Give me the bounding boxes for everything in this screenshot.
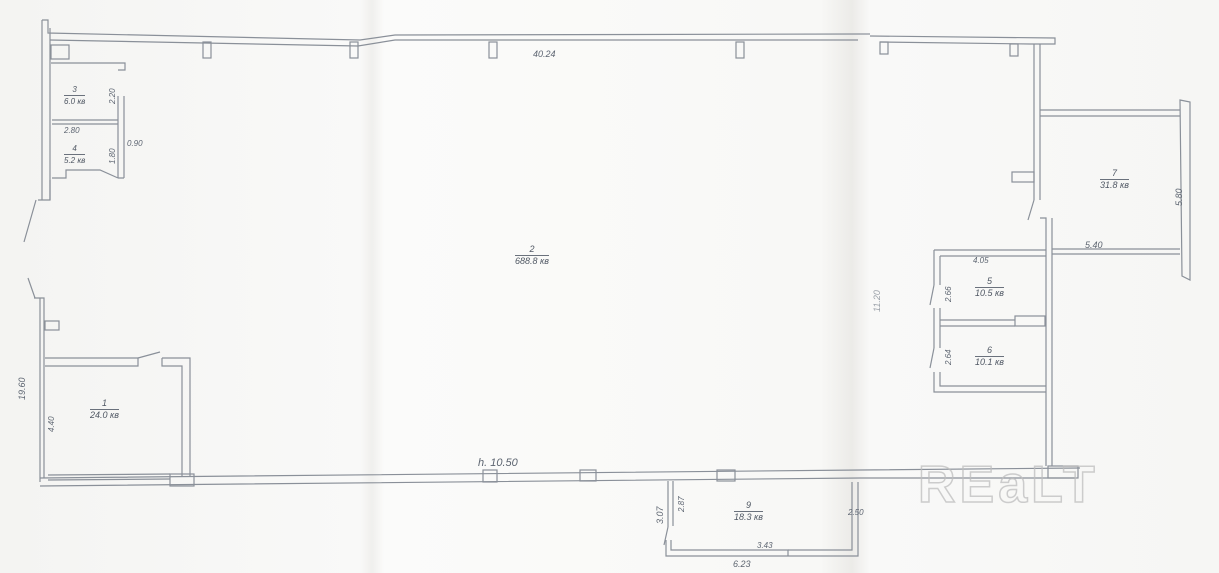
dimension-room4-door: 0.90 (127, 139, 143, 148)
room-9-label: 9 18.3 кв (734, 500, 763, 523)
dimension-room4-height: 1.80 (108, 148, 117, 164)
floor-plan-sheet: 40.24 h. 10.50 19.60 11.20 2.20 2.80 1.8… (0, 0, 1219, 573)
dimension-room5-width: 4.05 (973, 256, 989, 265)
dimension-room3-4-divider: 2.80 (64, 126, 80, 135)
dimension-room9-window: 3.43 (757, 541, 773, 550)
room-number: 3 (64, 84, 85, 96)
dimension-bottom-wall: h. 10.50 (478, 457, 518, 469)
room-number: 7 (1100, 168, 1129, 180)
room-area: 6.0 кв (64, 96, 85, 107)
dimension-room3-width: 2.20 (108, 88, 117, 104)
room-area: 31.8 кв (1100, 180, 1129, 191)
room-area: 10.5 кв (975, 288, 1004, 299)
dimension-room6-height: 2.64 (944, 349, 953, 365)
dimension-top-wall: 40.24 (533, 49, 556, 59)
room-number: 1 (90, 398, 119, 410)
room-area: 10.1 кв (975, 357, 1004, 368)
room-area: 24.0 кв (90, 410, 119, 421)
dimension-room1-height: 4.40 (47, 416, 56, 432)
dimension-room7-height: 5.80 (1174, 188, 1184, 206)
room-number: 4 (64, 143, 85, 155)
room-number: 6 (975, 345, 1004, 357)
dimension-room9-right: 2.50 (848, 508, 864, 517)
room-7-label: 7 31.8 кв (1100, 168, 1129, 191)
dimension-room5-height: 2.66 (944, 286, 953, 302)
dimension-room9-left-inner: 2.87 (677, 496, 686, 512)
room-number: 2 (515, 244, 549, 256)
dimension-room9-left-outer: 3.07 (655, 506, 665, 524)
room-3-label: 3 6.0 кв (64, 84, 85, 107)
room-4-label: 4 5.2 кв (64, 143, 85, 166)
room-6-label: 6 10.1 кв (975, 345, 1004, 368)
room-1-label: 1 24.0 кв (90, 398, 119, 421)
dimension-right-interior: 11.20 (872, 290, 882, 312)
room-number: 9 (734, 500, 763, 512)
dimension-room7-width: 5.40 (1085, 240, 1103, 250)
room-area: 18.3 кв (734, 512, 763, 523)
room-2-label: 2 688.8 кв (515, 244, 549, 267)
room-area: 5.2 кв (64, 155, 85, 166)
watermark-logo: REaLT (918, 455, 1099, 515)
room-5-label: 5 10.5 кв (975, 276, 1004, 299)
dimension-left-wall: 19.60 (17, 377, 27, 400)
room-area: 688.8 кв (515, 256, 549, 267)
dimension-room9-bottom: 6.23 (733, 559, 751, 569)
room-number: 5 (975, 276, 1004, 288)
